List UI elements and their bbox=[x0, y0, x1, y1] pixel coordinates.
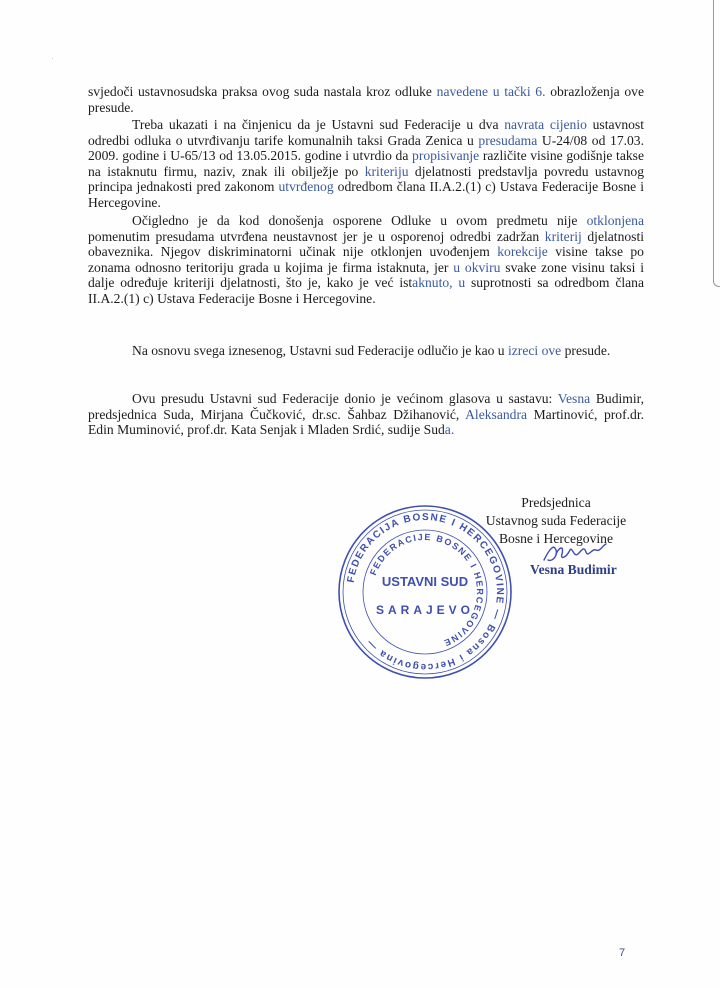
text-segment: Na osnovu svega iznesenog, Ustavni sud F… bbox=[132, 343, 508, 358]
page-edge-line bbox=[713, 0, 714, 282]
text-segment-blue: korekcije bbox=[497, 244, 548, 259]
text-segment-blue: kriteriju bbox=[365, 164, 409, 179]
paragraph-4: Na osnovu svega iznesenog, Ustavni sud F… bbox=[88, 343, 644, 359]
text-segment: Treba ukazati i na činjenicu da je Ustav… bbox=[132, 117, 504, 132]
text-segment-blue: u okviru bbox=[453, 260, 500, 275]
text-segment-blue: propisivanje bbox=[412, 148, 479, 163]
svg-text:SARAJEVO: SARAJEVO bbox=[376, 603, 474, 617]
page-number: 7 bbox=[619, 947, 625, 959]
text-segment-blue: a. bbox=[445, 422, 454, 437]
text-segment-blue: aknuto, u bbox=[412, 275, 465, 290]
text-segment-blue: izreci ove bbox=[508, 343, 561, 358]
text-segment: svjedoči ustavnosudska praksa ovog suda … bbox=[88, 84, 437, 99]
text-segment: presude. bbox=[561, 343, 610, 358]
svg-text:FEDERACIJE BOSNE I HERCEGOVINE: FEDERACIJE BOSNE I HERCEGOVINE bbox=[368, 532, 485, 649]
text-segment-blue: navrata cijenio bbox=[504, 117, 587, 132]
text-segment: Ovu presudu Ustavni sud Federacije donio… bbox=[132, 391, 558, 406]
paragraph-1: svjedoči ustavnosudska praksa ovog suda … bbox=[88, 84, 644, 115]
text-segment-blue: presudama bbox=[478, 133, 537, 148]
scan-speck bbox=[52, 58, 53, 59]
text-segment-blue: navedene u tački 6. bbox=[437, 84, 546, 99]
paragraph-3: Očigledno je da kod donošenja osporene O… bbox=[88, 213, 644, 307]
text-segment: pomenutim presudama utvrđena neustavnost… bbox=[88, 229, 545, 244]
official-stamp-icon: FEDERACIJA BOSNE I HERCEGOVINE — Bosna i… bbox=[335, 502, 515, 682]
text-segment: Očigledno je da kod donošenja osporene O… bbox=[132, 213, 587, 228]
page-edge-curl bbox=[713, 278, 720, 287]
text-segment-blue: otklonjena bbox=[587, 213, 644, 228]
svg-text:USTAVNI SUD: USTAVNI SUD bbox=[382, 574, 468, 589]
document-page: svjedoči ustavnosudska praksa ovog suda … bbox=[0, 0, 720, 988]
text-segment-blue: Vesna bbox=[558, 391, 590, 406]
text-segment-blue: Aleksandra bbox=[465, 407, 527, 422]
paragraph-5: Ovu presudu Ustavni sud Federacije donio… bbox=[88, 391, 644, 438]
paragraph-2: Treba ukazati i na činjenicu da je Ustav… bbox=[88, 117, 644, 211]
signatory-name: Vesna Budimir bbox=[530, 562, 617, 578]
text-segment-blue: utvrđenog bbox=[279, 179, 334, 194]
text-segment-blue: kriterij bbox=[545, 229, 582, 244]
